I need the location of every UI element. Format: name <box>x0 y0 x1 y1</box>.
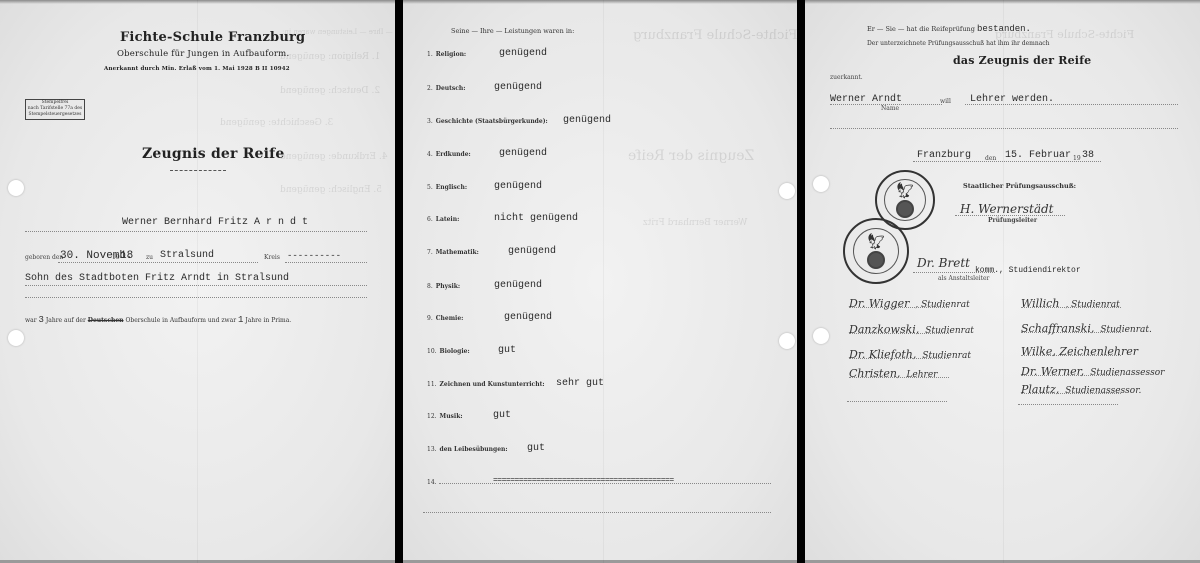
subject-name: Geschichte (Staatsbürgerkunde): <box>436 118 548 125</box>
dotted-line <box>849 358 949 359</box>
teacher-signature: Plautz, <box>1021 383 1059 396</box>
born-label: geboren den <box>25 254 63 261</box>
subject-name: Zeichnen und Kunstunterricht: <box>440 381 545 388</box>
certificate-title: Zeugnis der Reife <box>142 146 284 162</box>
place-label: zu <box>146 254 153 261</box>
certificate-page-1: Seine — Ihre — Leistungen waren in: 1. R… <box>0 0 395 563</box>
subject-number: 14. <box>427 479 437 486</box>
issue-date: 15. Februar <box>1005 150 1071 161</box>
student-full-name: Werner Bernhard Fritz A r n d t <box>122 217 308 228</box>
dotted-line <box>849 333 949 334</box>
teacher-signature-row: Plautz,Studienassessor. <box>1021 378 1141 397</box>
punch-hole <box>813 176 829 192</box>
subject-grade: genügend <box>508 246 556 257</box>
passed-line: Er — Sie — hat die Reifeprüfung bestande… <box>867 24 1031 34</box>
wreath-icon <box>896 200 914 218</box>
awarded-label: zuerkannt. <box>830 74 863 81</box>
teacher-signature-row: Dr. Kliefoth,Studienrat <box>849 343 971 362</box>
subject-number: 10. <box>427 348 437 355</box>
teacher-signature: Schaffranski, <box>1021 322 1094 335</box>
subject-name: Mathematik: <box>436 249 479 256</box>
subject-grade: genügend <box>494 82 542 93</box>
subject-row: 9.Chemie:genügend <box>427 312 777 326</box>
attendance-mid: Jahre auf der <box>46 317 86 324</box>
teacher-signature: Danzkowski, <box>849 323 919 336</box>
dotted-line <box>1018 404 1118 405</box>
teacher-signature-row: Christen,Lehrer <box>849 362 937 381</box>
dotted-line <box>25 285 367 286</box>
committee-title: Staatlicher Prüfungsausschuß: <box>963 182 1076 190</box>
dotted-line <box>25 297 367 298</box>
title-ornament <box>170 170 226 171</box>
teacher-role: , Studienrat <box>915 300 969 310</box>
subject-grade: sehr gut <box>556 378 604 389</box>
subject-number: 13. <box>427 446 437 453</box>
subject-label: 10.Biologie: <box>427 348 470 355</box>
dotted-line <box>830 128 1178 129</box>
show-through-text: 2. Deutsch: genügend <box>280 86 380 96</box>
subject-number: 6. <box>427 216 433 223</box>
subject-label: 8.Physik: <box>427 283 460 290</box>
show-through-text: 1. Religion: genügend <box>280 52 380 62</box>
subject-number: 12. <box>427 413 437 420</box>
school-subtitle: Oberschule für Jungen in Aufbauform. <box>117 49 289 59</box>
teacher-signature: Dr. Wigger <box>849 297 909 310</box>
dotted-line <box>1021 332 1121 333</box>
wreath-icon <box>867 251 885 269</box>
will-label: will <box>940 98 951 105</box>
subject-row: 7.Mathematik:genügend <box>427 246 777 260</box>
subject-name: Religion: <box>436 51 466 58</box>
recognition-note: Anerkannt durch Min. Erlaß vom 1. Mai 19… <box>104 66 290 72</box>
dotted-line <box>849 377 949 378</box>
dotted-line <box>847 401 947 402</box>
subject-name: Englisch: <box>436 184 467 191</box>
director-caption: als Anstaltsleiter <box>938 275 989 282</box>
subject-label: 12.Musik: <box>427 413 463 420</box>
dotted-line <box>439 483 771 484</box>
subject-label: 9.Chemie: <box>427 315 463 322</box>
teacher-role: Studienrat <box>922 351 971 361</box>
subject-number: 8. <box>427 283 433 290</box>
subject-grade: gut <box>493 410 511 421</box>
dotted-line <box>955 215 1065 216</box>
struck-word: Deutschen <box>88 317 124 324</box>
passed-prefix: Er — Sie — hat die Reifeprüfung <box>867 25 975 33</box>
stamp-box-line: Stempelsteuergesetzes <box>26 112 84 118</box>
subject-name: Musik: <box>440 413 463 420</box>
stamp-exempt-box: Stempelfrei nach Tarifstelle 77a des Ste… <box>25 99 85 120</box>
punch-hole <box>779 183 795 199</box>
subject-grade: genügend <box>499 48 547 59</box>
dotted-line <box>1021 393 1121 394</box>
subject-row: 3.Geschichte (Staatsbürgerkunde):genügen… <box>427 115 777 129</box>
dotted-line <box>285 262 367 263</box>
dotted-line <box>25 231 367 232</box>
attendance-prefix: war <box>25 317 37 324</box>
school-name: Fichte-Schule Franzburg <box>120 30 305 45</box>
dotted-line <box>913 161 1101 162</box>
subject-number: 3. <box>427 118 433 125</box>
punch-hole <box>813 328 829 344</box>
subject-row: 12.Musik:gut <box>427 410 777 424</box>
teacher-signature: Wilke, Zeichenlehrer <box>1021 345 1138 358</box>
passed-word: bestanden. <box>977 24 1031 34</box>
subject-row: 2.Deutsch:genügend <box>427 82 777 96</box>
teacher-signature-row: Dr. Wigger, Studienrat <box>849 292 970 311</box>
subject-number: 5. <box>427 184 433 191</box>
punch-hole <box>8 180 24 196</box>
teacher-role: Studienrat. <box>1100 325 1152 335</box>
subject-name: Biologie: <box>440 348 470 355</box>
teacher-signature: Dr. Werner, <box>1021 365 1084 378</box>
dotted-line <box>1021 307 1121 308</box>
paper-fold <box>1003 0 1004 563</box>
subject-name: Latein: <box>436 216 460 223</box>
school-seal-stamp: 🦅︎ <box>843 218 909 284</box>
dotted-line <box>1021 355 1121 356</box>
dotted-line <box>1021 375 1121 376</box>
dotted-line <box>965 104 1178 105</box>
district-label: Kreis <box>264 254 280 261</box>
subject-grade: genügend <box>494 280 542 291</box>
subject-grade: genügend <box>504 312 552 323</box>
subject-label: 7.Mathematik: <box>427 249 479 256</box>
subject-number: 9. <box>427 315 433 322</box>
subject-row: 8.Physik:genügend <box>427 280 777 294</box>
chair-signature: H. Wernerstädt <box>960 202 1054 216</box>
attendance-suffix: Jahre in Prima. <box>245 317 291 324</box>
page-edge <box>403 0 797 4</box>
dotted-line <box>849 307 949 308</box>
subject-grade: genügend <box>563 115 611 126</box>
certificate-page-2: Fichte-Schule Franzburg Zeugnis der Reif… <box>403 0 797 563</box>
subject-grade: genügend <box>499 148 547 159</box>
subject-label: 1.Religion: <box>427 51 466 58</box>
subject-number: 4. <box>427 151 433 158</box>
teacher-role: Studienassessor. <box>1065 386 1141 396</box>
subject-row: 10.Biologie:gut <box>427 345 777 359</box>
teacher-signature: Dr. Kliefoth, <box>849 348 916 361</box>
show-through-text: 5. Englisch: genügend <box>280 185 382 195</box>
dotted-line <box>58 262 258 263</box>
punch-hole <box>8 330 24 346</box>
teacher-signature: Willich <box>1021 297 1059 310</box>
subject-label: 3.Geschichte (Staatsbürgerkunde): <box>427 118 548 125</box>
subject-number: 7. <box>427 249 433 256</box>
eagle-icon: 🦅︎ <box>895 183 915 199</box>
subject-name: Deutsch: <box>436 85 466 92</box>
district-value: ---------- <box>287 251 341 261</box>
director-signature: Dr. Brett <box>917 256 970 270</box>
teacher-signature-row: Schaffranski,Studienrat. <box>1021 317 1152 336</box>
teacher-signature-row: Willich, Studienrat <box>1021 292 1120 311</box>
subject-row: 13.den Leibesübungen:gut <box>427 443 777 457</box>
birth-year: 18 <box>120 250 133 262</box>
attendance-mid2: Oberschule in Aufbauform und zwar <box>125 317 236 324</box>
subject-name: Chemie: <box>436 315 464 322</box>
subject-grade: gut <box>498 345 516 356</box>
subject-row: 6.Latein:nicht genügend <box>427 213 777 227</box>
subject-label: 5.Englisch: <box>427 184 467 191</box>
subject-row: 1.Religion:genügend <box>427 48 777 62</box>
committee-line: Der unterzeichnete Prüfungsausschuß hat … <box>867 40 1050 47</box>
subject-label: 2.Deutsch: <box>427 85 466 92</box>
eagle-icon: 🦅︎ <box>866 234 886 250</box>
subject-label: 13.den Leibesübungen: <box>427 446 508 453</box>
subject-label: 6.Latein: <box>427 216 459 223</box>
subject-label: 4.Erdkunde: <box>427 151 471 158</box>
subject-row: 11.Zeichnen und Kunstunterricht:sehr gut <box>427 378 777 392</box>
year-prefix: 19 <box>112 254 120 261</box>
subject-name: Physik: <box>436 283 460 290</box>
show-through-text: 4. Erdkunde: genügend <box>280 152 387 162</box>
show-through-text: Fichte-Schule Franzburg <box>633 28 797 43</box>
certificate-name: das Zeugnis der Reife <box>953 54 1091 67</box>
certificate-page-3: Fichte-Schule Franzburg Er — Sie — hat d… <box>805 0 1200 563</box>
teacher-signature-row: Wilke, Zeichenlehrer <box>1021 340 1144 359</box>
subject-label: 14. <box>427 479 440 486</box>
punch-hole <box>779 333 795 349</box>
dotted-line <box>423 512 771 513</box>
issue-place: Franzburg <box>917 150 971 161</box>
subject-grade: gut <box>527 443 545 454</box>
grades-header: Seine — Ihre — Leistungen waren in: <box>451 27 574 35</box>
subject-grade: nicht genügend <box>494 213 578 224</box>
subject-number: 2. <box>427 85 433 92</box>
subject-name: den Leibesübungen: <box>440 446 508 453</box>
years-prima: 1 <box>238 315 243 325</box>
subject-label: 11.Zeichnen und Kunstunterricht: <box>427 381 545 388</box>
parent-line: Sohn des Stadtboten Fritz Arndt in Stral… <box>25 273 289 284</box>
chair-caption: Prüfungsleiter <box>988 217 1037 224</box>
subject-grade: genügend <box>494 181 542 192</box>
subject-number: 1. <box>427 51 433 58</box>
birth-place: Stralsund <box>160 250 214 261</box>
teacher-signature-row: Dr. Werner,Studienassessor <box>1021 360 1164 379</box>
issue-year: 38 <box>1082 150 1094 161</box>
subject-row: 4.Erdkunde:genügend <box>427 148 777 162</box>
show-through-text: 3. Geschichte: genügend <box>220 118 333 128</box>
years-school: 3 <box>39 315 44 325</box>
attendance-line: war 3 Jahre auf der Deutschen Oberschule… <box>25 315 291 325</box>
subject-row: 5.Englisch:genügend <box>427 181 777 195</box>
teacher-role: Studienassessor <box>1090 368 1164 378</box>
teacher-role: Studienrat <box>925 326 974 336</box>
name-caption: Name <box>881 105 899 112</box>
teacher-role: , Studienrat <box>1065 300 1119 310</box>
teacher-role: Lehrer <box>906 370 937 380</box>
teacher-signature: Christen, <box>849 367 900 380</box>
subject-number: 11. <box>427 381 437 388</box>
teacher-signature-row: Danzkowski,Studienrat <box>849 318 974 337</box>
subject-name: Erdkunde: <box>436 151 471 158</box>
director-role: komm., Studiendirektor <box>975 266 1081 275</box>
